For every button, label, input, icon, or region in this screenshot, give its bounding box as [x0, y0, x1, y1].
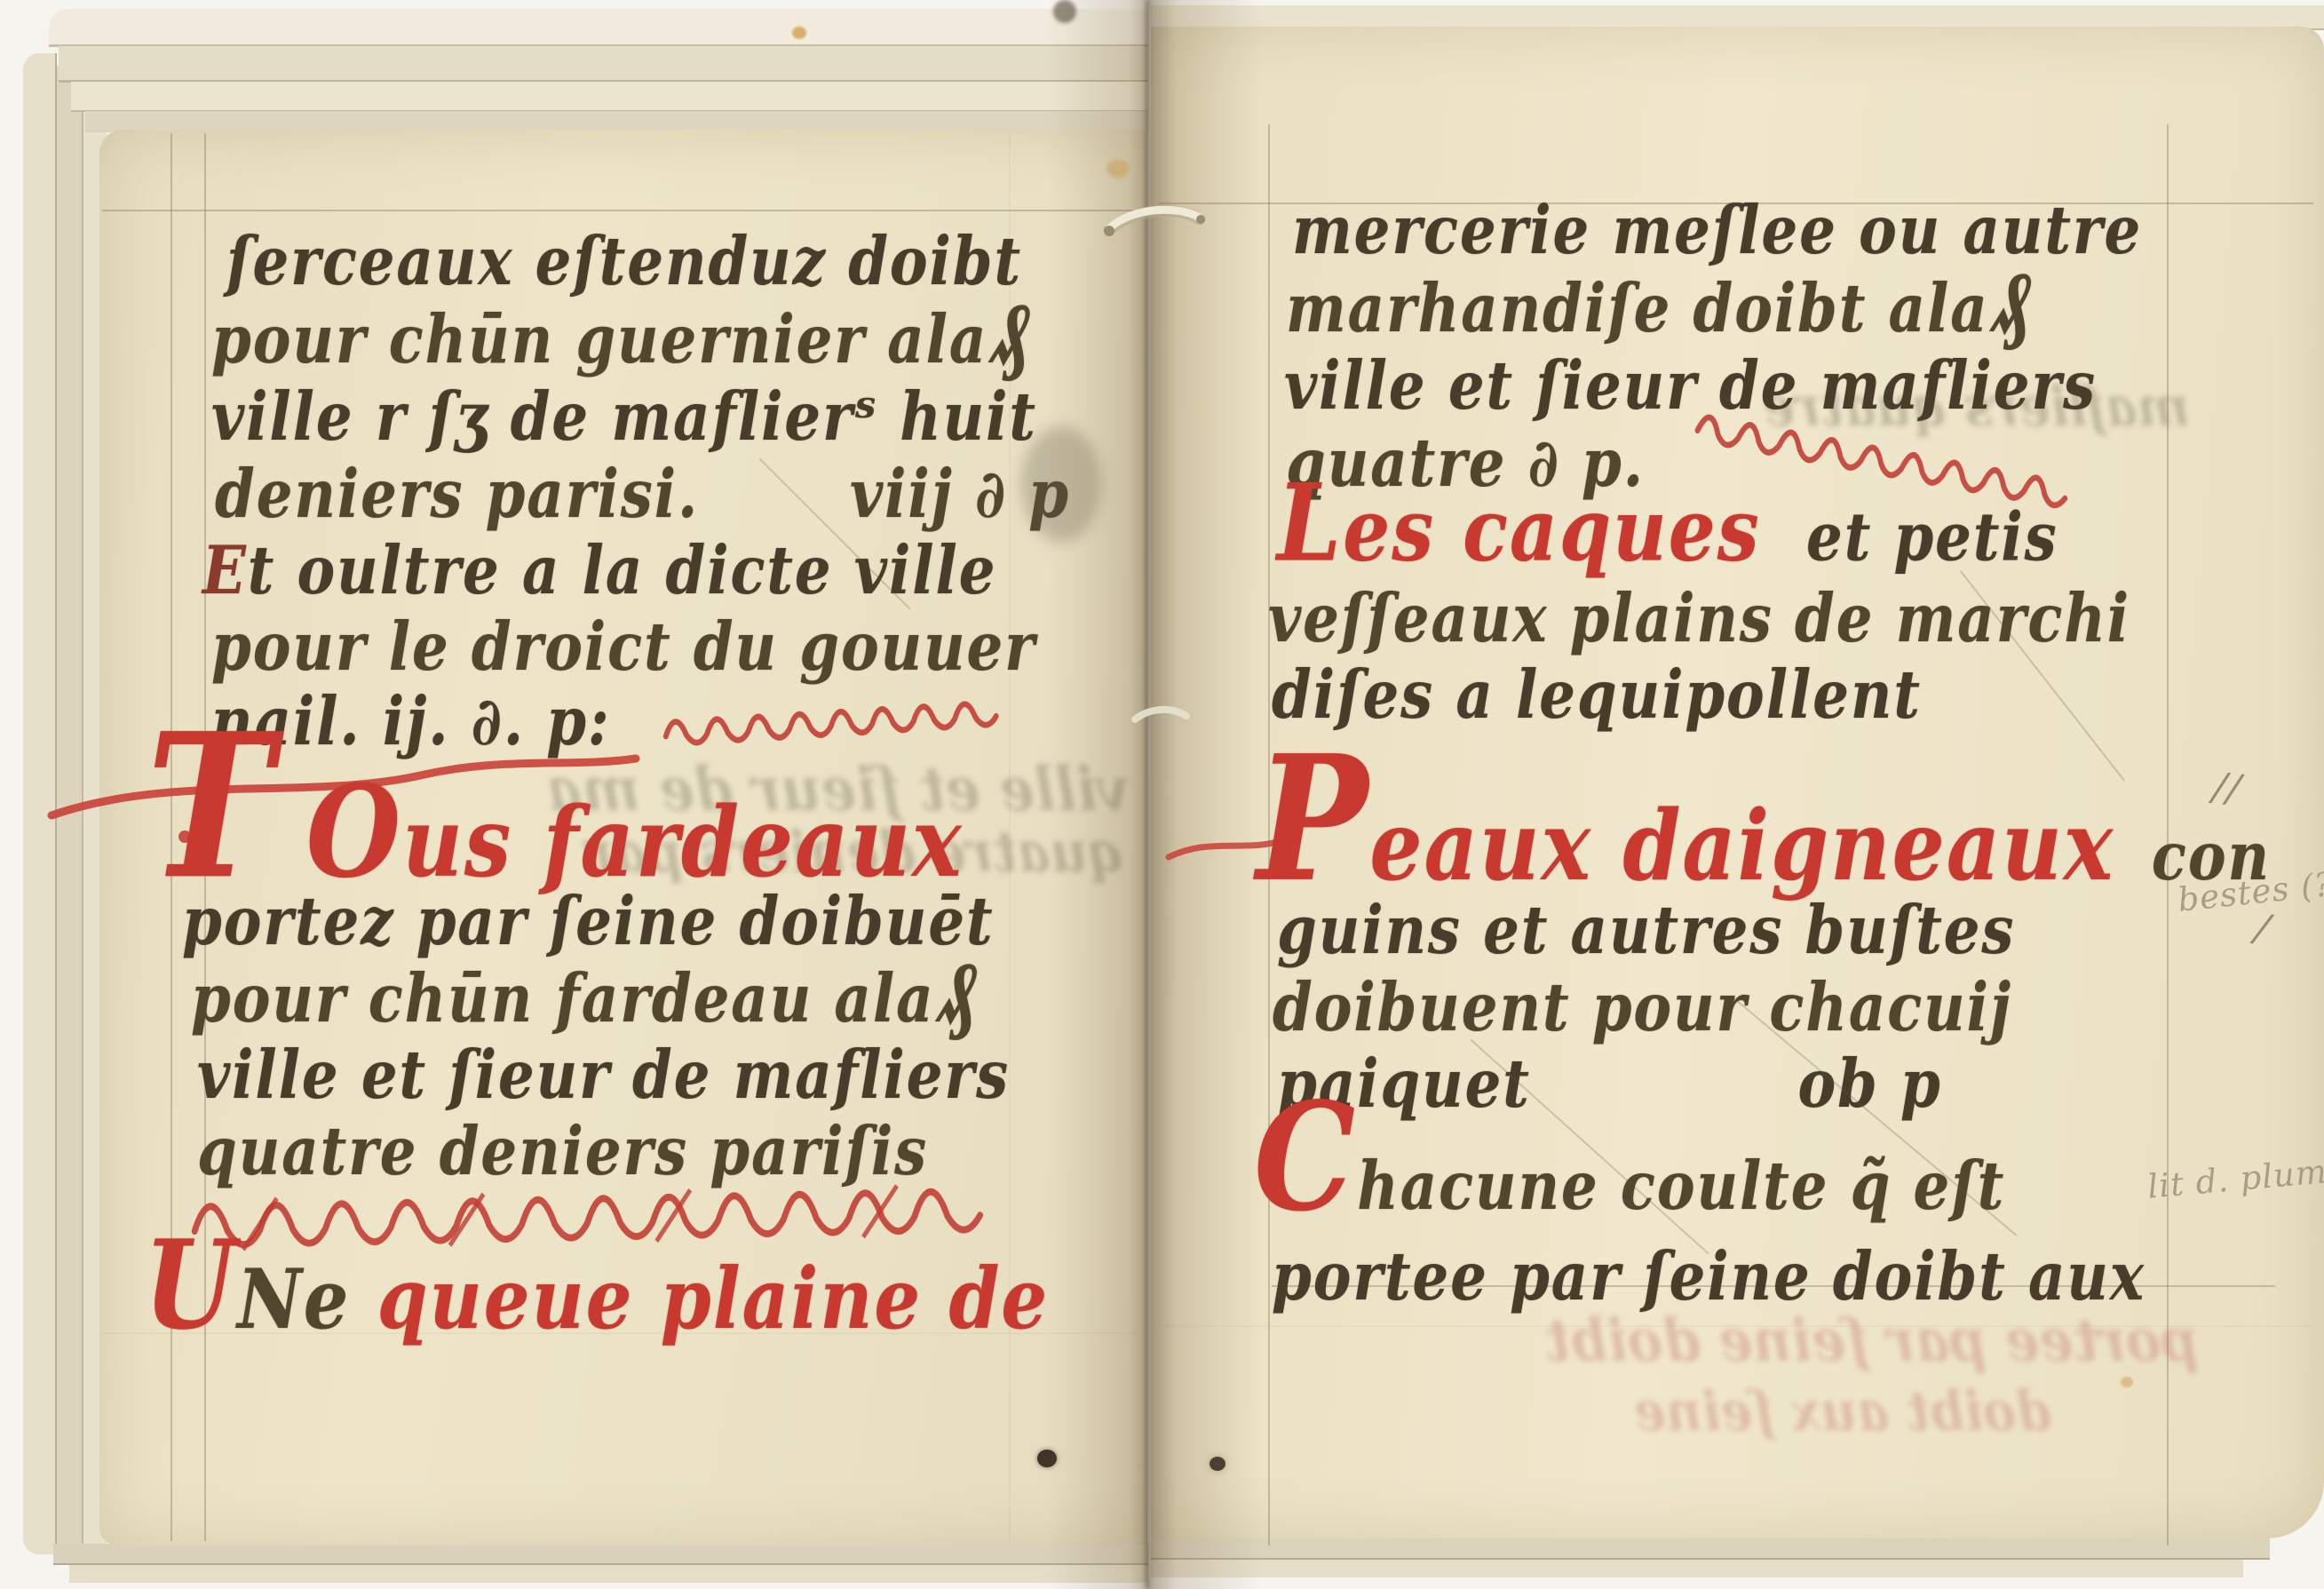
- left-page-text-line: deniers parisi.viij ∂ p: [215, 455, 1070, 533]
- right-page-text-line: Chacune coulte q̃ eſt: [1254, 1100, 2005, 1225]
- left-page-text-line: pour chūn fardeau ala₰: [191, 959, 979, 1037]
- gutter-top-notch: [1053, 0, 1076, 23]
- page-edge-band: [69, 1565, 1148, 1583]
- right-page-text-line: Les caques et petis: [1277, 480, 2058, 581]
- text-segment: eaux daigneaux: [1369, 789, 2114, 902]
- page-edge-band: [53, 1544, 1148, 1565]
- text-segment: ſerceaux eſtenduz doibt: [226, 222, 1022, 300]
- sewing-hole: [1210, 1457, 1225, 1471]
- text-segment: T: [147, 735, 275, 878]
- sewing-hole: [1037, 1450, 1057, 1467]
- left-page-text-line: TOus fardeaux: [147, 735, 963, 899]
- text-segment: C: [1254, 1100, 1357, 1215]
- text-segment: pour chūn fardeau ala: [191, 959, 935, 1037]
- left-page-text-line: Et oultre a la dicte ville: [202, 531, 996, 609]
- pencil-margin-note: ∕∕: [2210, 764, 2243, 812]
- sewing-thread-mid: [1130, 695, 1192, 730]
- scan-background: ville et ſieur de maquatre deniers parma…: [0, 0, 2324, 1589]
- left-page-text-line: ville et ſieur de mafliers: [197, 1036, 1010, 1114]
- text-segment: ville et ſieur de mafliers: [1284, 346, 2097, 425]
- text-segment: marhandiſe doibt ala: [1286, 269, 1989, 347]
- text-segment: E: [202, 531, 248, 609]
- text-segment: ville et ſieur de mafliers: [197, 1036, 1010, 1114]
- right-page-text-line: Peaux daigneaux con: [1257, 757, 2271, 902]
- right-page-text-line: guins et autres buſtes: [1277, 891, 2015, 969]
- right-page-text-line: veſſeaux plains de marchi: [1268, 579, 2130, 657]
- text-segment: portez par ſeine doibuēt: [182, 882, 995, 960]
- page-edge-band: [49, 9, 1148, 47]
- sewing-thread-top: [1097, 182, 1212, 249]
- text-segment: et petis: [1785, 497, 2058, 576]
- page-edge-band: [1151, 1560, 2243, 1577]
- text-segment: L: [1277, 481, 1343, 566]
- fox-spot: [792, 27, 806, 39]
- page-edge-band: [59, 46, 1148, 83]
- text-segment: P: [1257, 757, 1369, 881]
- fox-spot: [1106, 160, 1130, 178]
- left-page-text-line: pour le droict du gouuer: [211, 608, 1036, 686]
- left-page-text-line: pour chūn guernier ala₰: [211, 300, 1032, 378]
- left-page-text-line: ville r ſʒ de maflierˢ huit: [211, 377, 1037, 456]
- text-segment: deniers parisi.: [215, 455, 699, 533]
- text-segment: ville r ſʒ de maflierˢ huit: [211, 377, 1037, 456]
- ruling-line: [102, 210, 1137, 211]
- text-segment: hacune coulte q̃ eſt: [1357, 1147, 2005, 1225]
- text-segment: pour chūn guernier ala: [211, 300, 988, 378]
- fox-spot: [2121, 1377, 2133, 1387]
- text-segment: U: [144, 1236, 237, 1334]
- text-segment: O: [306, 782, 402, 883]
- left-page-text-line: UNe queue plaine de: [144, 1236, 1049, 1347]
- bleed-through-ghost: doibt aux ſeine: [1634, 1379, 2051, 1444]
- text-segment: veſſeaux plains de marchi: [1268, 579, 2130, 657]
- right-page-text-line: doibuent pour chacuij: [1273, 968, 2012, 1046]
- text-segment: es caques: [1343, 480, 1760, 581]
- right-page-text-line: marhandiſe doibt ala₰: [1286, 269, 2033, 347]
- text-segment: guins et autres buſtes: [1277, 891, 2015, 969]
- text-segment: queue plaine de: [350, 1249, 1049, 1348]
- ink-smudge: [1021, 426, 1101, 542]
- page-edge-band: [71, 82, 1148, 112]
- right-page-text-line: ville et ſieur de mafliers: [1284, 346, 2097, 425]
- text-segment: Ne: [237, 1251, 350, 1347]
- text-segment: portee par ſeine doibt aux: [1272, 1237, 2146, 1315]
- text-segment: pour le droict du gouuer: [211, 608, 1036, 686]
- left-page-text-line: ſerceaux eſtenduz doibt: [226, 222, 1022, 300]
- text-segment: t oultre a la dicte ville: [248, 531, 997, 609]
- page-edge-band: [1151, 1537, 2270, 1560]
- right-page-text-line: portee par ſeine doibt aux: [1272, 1237, 2146, 1315]
- text-segment: doibuent pour chacuij: [1273, 968, 2012, 1046]
- bleed-through-ghost: portee par ſeine doibt: [1545, 1307, 2199, 1376]
- left-page-text-line: portez par ſeine doibuēt: [182, 882, 995, 960]
